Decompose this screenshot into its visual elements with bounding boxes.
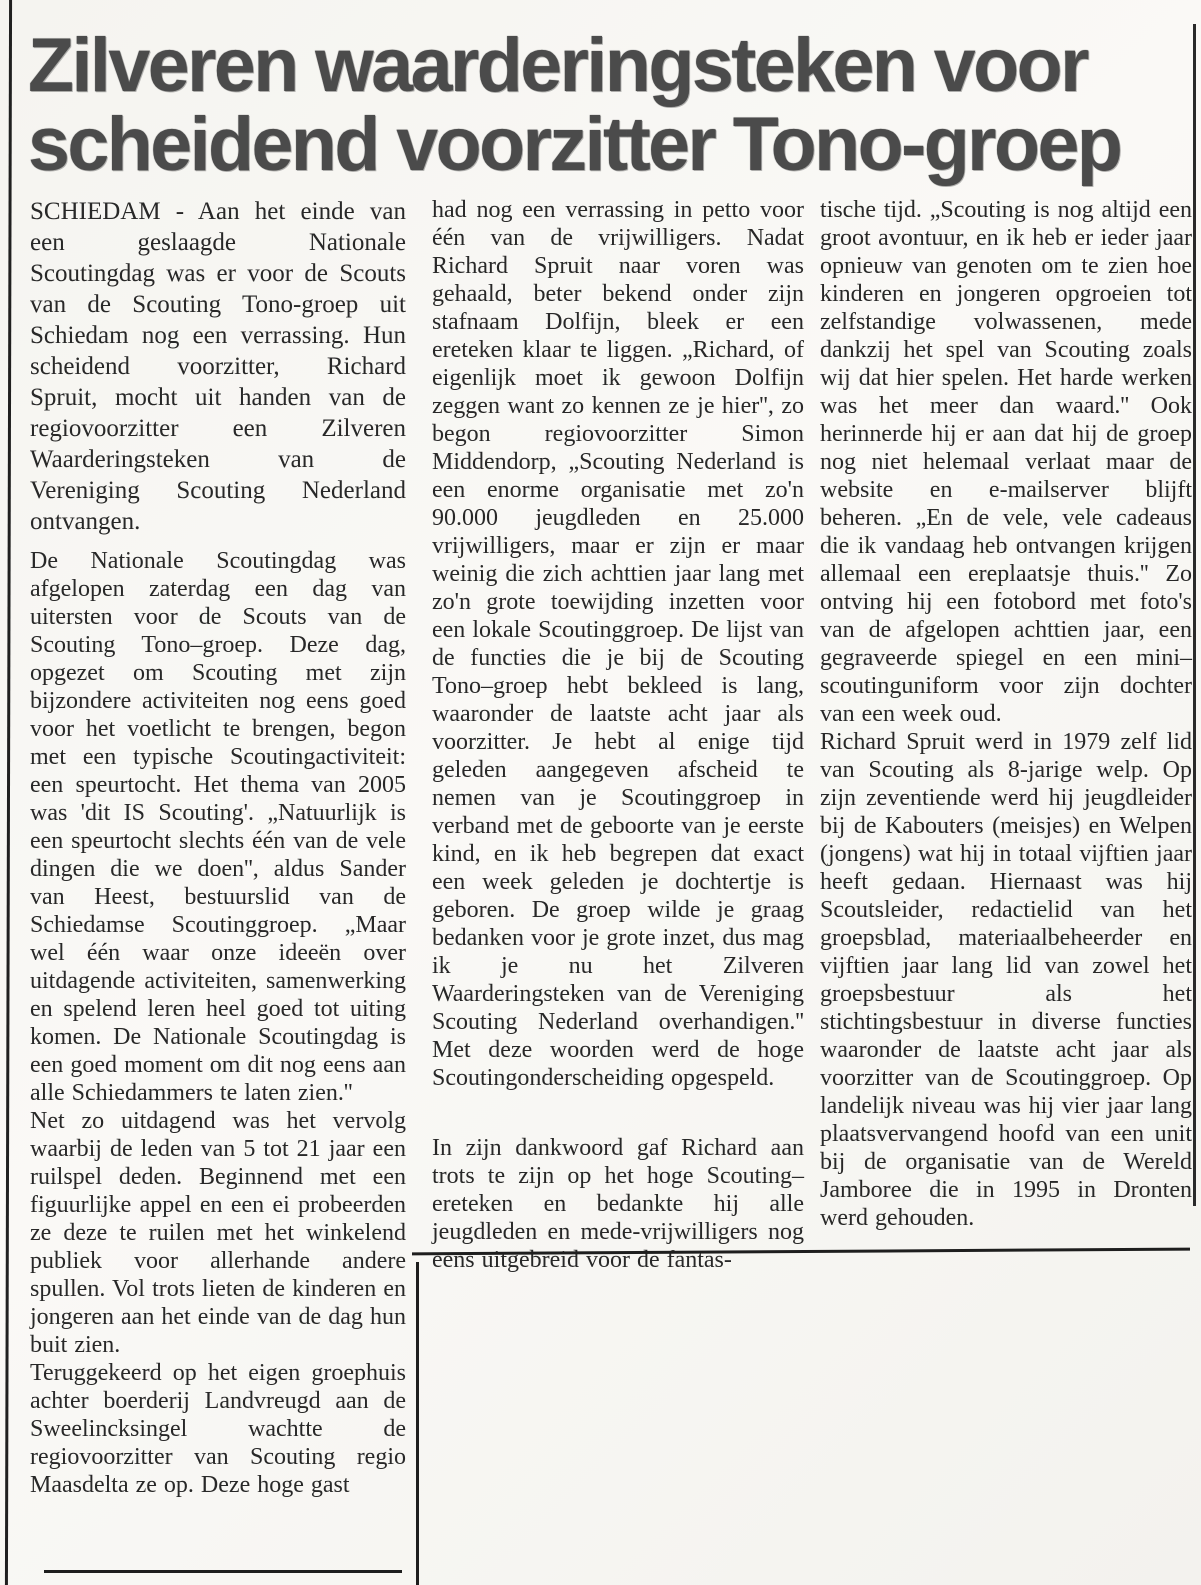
text-column-1: SCHIEDAM - Aan het einde van een geslaag…: [30, 196, 406, 1499]
article-border-right: [1193, 24, 1196, 1206]
vertical-rule-bottom: [416, 1262, 419, 1585]
newspaper-clipping-scan: Zilveren waarderingsteken voorscheidend …: [0, 0, 1201, 1585]
article-headline: Zilveren waarderingsteken voorscheidend …: [28, 26, 1167, 184]
text-column-3: tische tijd. „Scouting is nog altijd een…: [820, 196, 1192, 1232]
headline-line-1: Zilveren waarderingsteken voor: [28, 23, 1087, 108]
text-column-2: had nog een verrassing in petto voor één…: [432, 196, 804, 1274]
headline-line-2: scheidend voorzitter Tono-groep: [28, 102, 1120, 187]
scan-edge-line-left: [5, 0, 12, 1585]
body-paragraph: had nog een verrassing in petto voor één…: [432, 196, 804, 1092]
body-paragraph: tische tijd. „Scouting is nog altijd een…: [820, 196, 1192, 728]
horizontal-rule-column1-bottom: [44, 1570, 402, 1573]
lead-paragraph: SCHIEDAM - Aan het einde van een geslaag…: [30, 196, 406, 537]
body-paragraph: Net zo uitdagend was het vervolg waarbij…: [30, 1107, 406, 1359]
body-paragraph: Richard Spruit werd in 1979 zelf lid van…: [820, 728, 1192, 1232]
body-paragraph: Teruggekeerd op het eigen groephuis acht…: [30, 1359, 406, 1499]
body-paragraph: De Nationale Scoutingdag was afgelopen z…: [30, 547, 406, 1107]
